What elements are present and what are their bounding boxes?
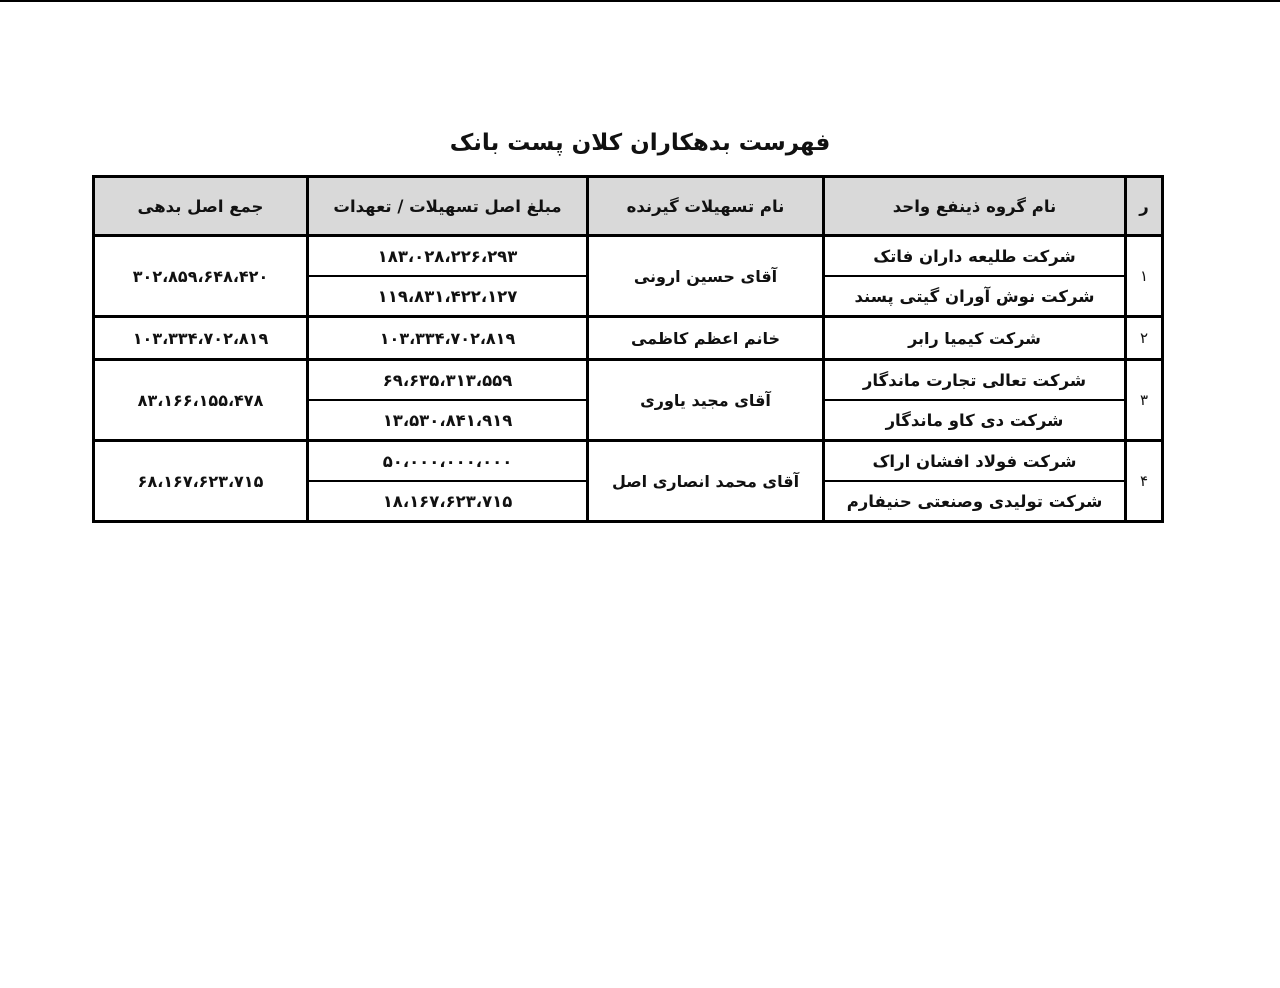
- table-row: ۱ شرکت طلیعه داران فاتک آقای حسین ارونی …: [94, 236, 1163, 277]
- company-name: شرکت دی کاو ماندگار: [824, 400, 1126, 441]
- total-debt: ۸۳،۱۶۶،۱۵۵،۴۷۸: [94, 360, 308, 441]
- borrower-name: خانم اعظم کاظمی: [588, 317, 824, 360]
- header-facility-amount: مبلغ اصل تسهیلات / تعهدات: [308, 177, 588, 236]
- debtors-table: ر نام گروه ذینفع واحد نام تسهیلات گیرنده…: [92, 175, 1164, 523]
- company-name: شرکت نوش آوران گیتی پسند: [824, 276, 1126, 317]
- company-name: شرکت کیمیا رابر: [824, 317, 1126, 360]
- row-number: ۳: [1126, 360, 1163, 441]
- table-row: ۲ شرکت کیمیا رابر خانم اعظم کاظمی ۱۰۳،۳۳…: [94, 317, 1163, 360]
- facility-amount: ۵۰،۰۰۰،۰۰۰،۰۰۰: [308, 441, 588, 482]
- company-name: شرکت فولاد افشان اراک: [824, 441, 1126, 482]
- company-name: شرکت تعالی تجارت ماندگار: [824, 360, 1126, 401]
- document-title: فهرست بدهکاران کلان پست بانک: [0, 126, 1280, 160]
- facility-amount: ۱۰۳،۳۳۴،۷۰۲،۸۱۹: [308, 317, 588, 360]
- borrower-name: آقای مجید یاوری: [588, 360, 824, 441]
- row-number: ۲: [1126, 317, 1163, 360]
- total-debt: ۳۰۲،۸۵۹،۶۴۸،۴۲۰: [94, 236, 308, 317]
- total-debt: ۱۰۳،۳۳۴،۷۰۲،۸۱۹: [94, 317, 308, 360]
- header-group-name: نام گروه ذینفع واحد: [824, 177, 1126, 236]
- table-row: ۳ شرکت تعالی تجارت ماندگار آقای مجید یاو…: [94, 360, 1163, 401]
- table-header-row: ر نام گروه ذینفع واحد نام تسهیلات گیرنده…: [94, 177, 1163, 236]
- row-number: ۴: [1126, 441, 1163, 522]
- total-debt: ۶۸،۱۶۷،۶۲۳،۷۱۵: [94, 441, 308, 522]
- facility-amount: ۱۸،۱۶۷،۶۲۳،۷۱۵: [308, 481, 588, 522]
- borrower-name: آقای محمد انصاری اصل: [588, 441, 824, 522]
- header-total-debt: جمع اصل بدهی: [94, 177, 308, 236]
- company-name: شرکت طلیعه داران فاتک: [824, 236, 1126, 277]
- top-rule: [0, 0, 1280, 2]
- table-row: ۴ شرکت فولاد افشان اراک آقای محمد انصاری…: [94, 441, 1163, 482]
- facility-amount: ۱۳،۵۳۰،۸۴۱،۹۱۹: [308, 400, 588, 441]
- header-row-no: ر: [1126, 177, 1163, 236]
- company-name: شرکت تولیدی وصنعتی حنیفارم: [824, 481, 1126, 522]
- header-borrower-name: نام تسهیلات گیرنده: [588, 177, 824, 236]
- facility-amount: ۶۹،۶۳۵،۳۱۳،۵۵۹: [308, 360, 588, 401]
- facility-amount: ۱۱۹،۸۳۱،۴۲۲،۱۲۷: [308, 276, 588, 317]
- row-number: ۱: [1126, 236, 1163, 317]
- borrower-name: آقای حسین ارونی: [588, 236, 824, 317]
- facility-amount: ۱۸۳،۰۲۸،۲۲۶،۲۹۳: [308, 236, 588, 277]
